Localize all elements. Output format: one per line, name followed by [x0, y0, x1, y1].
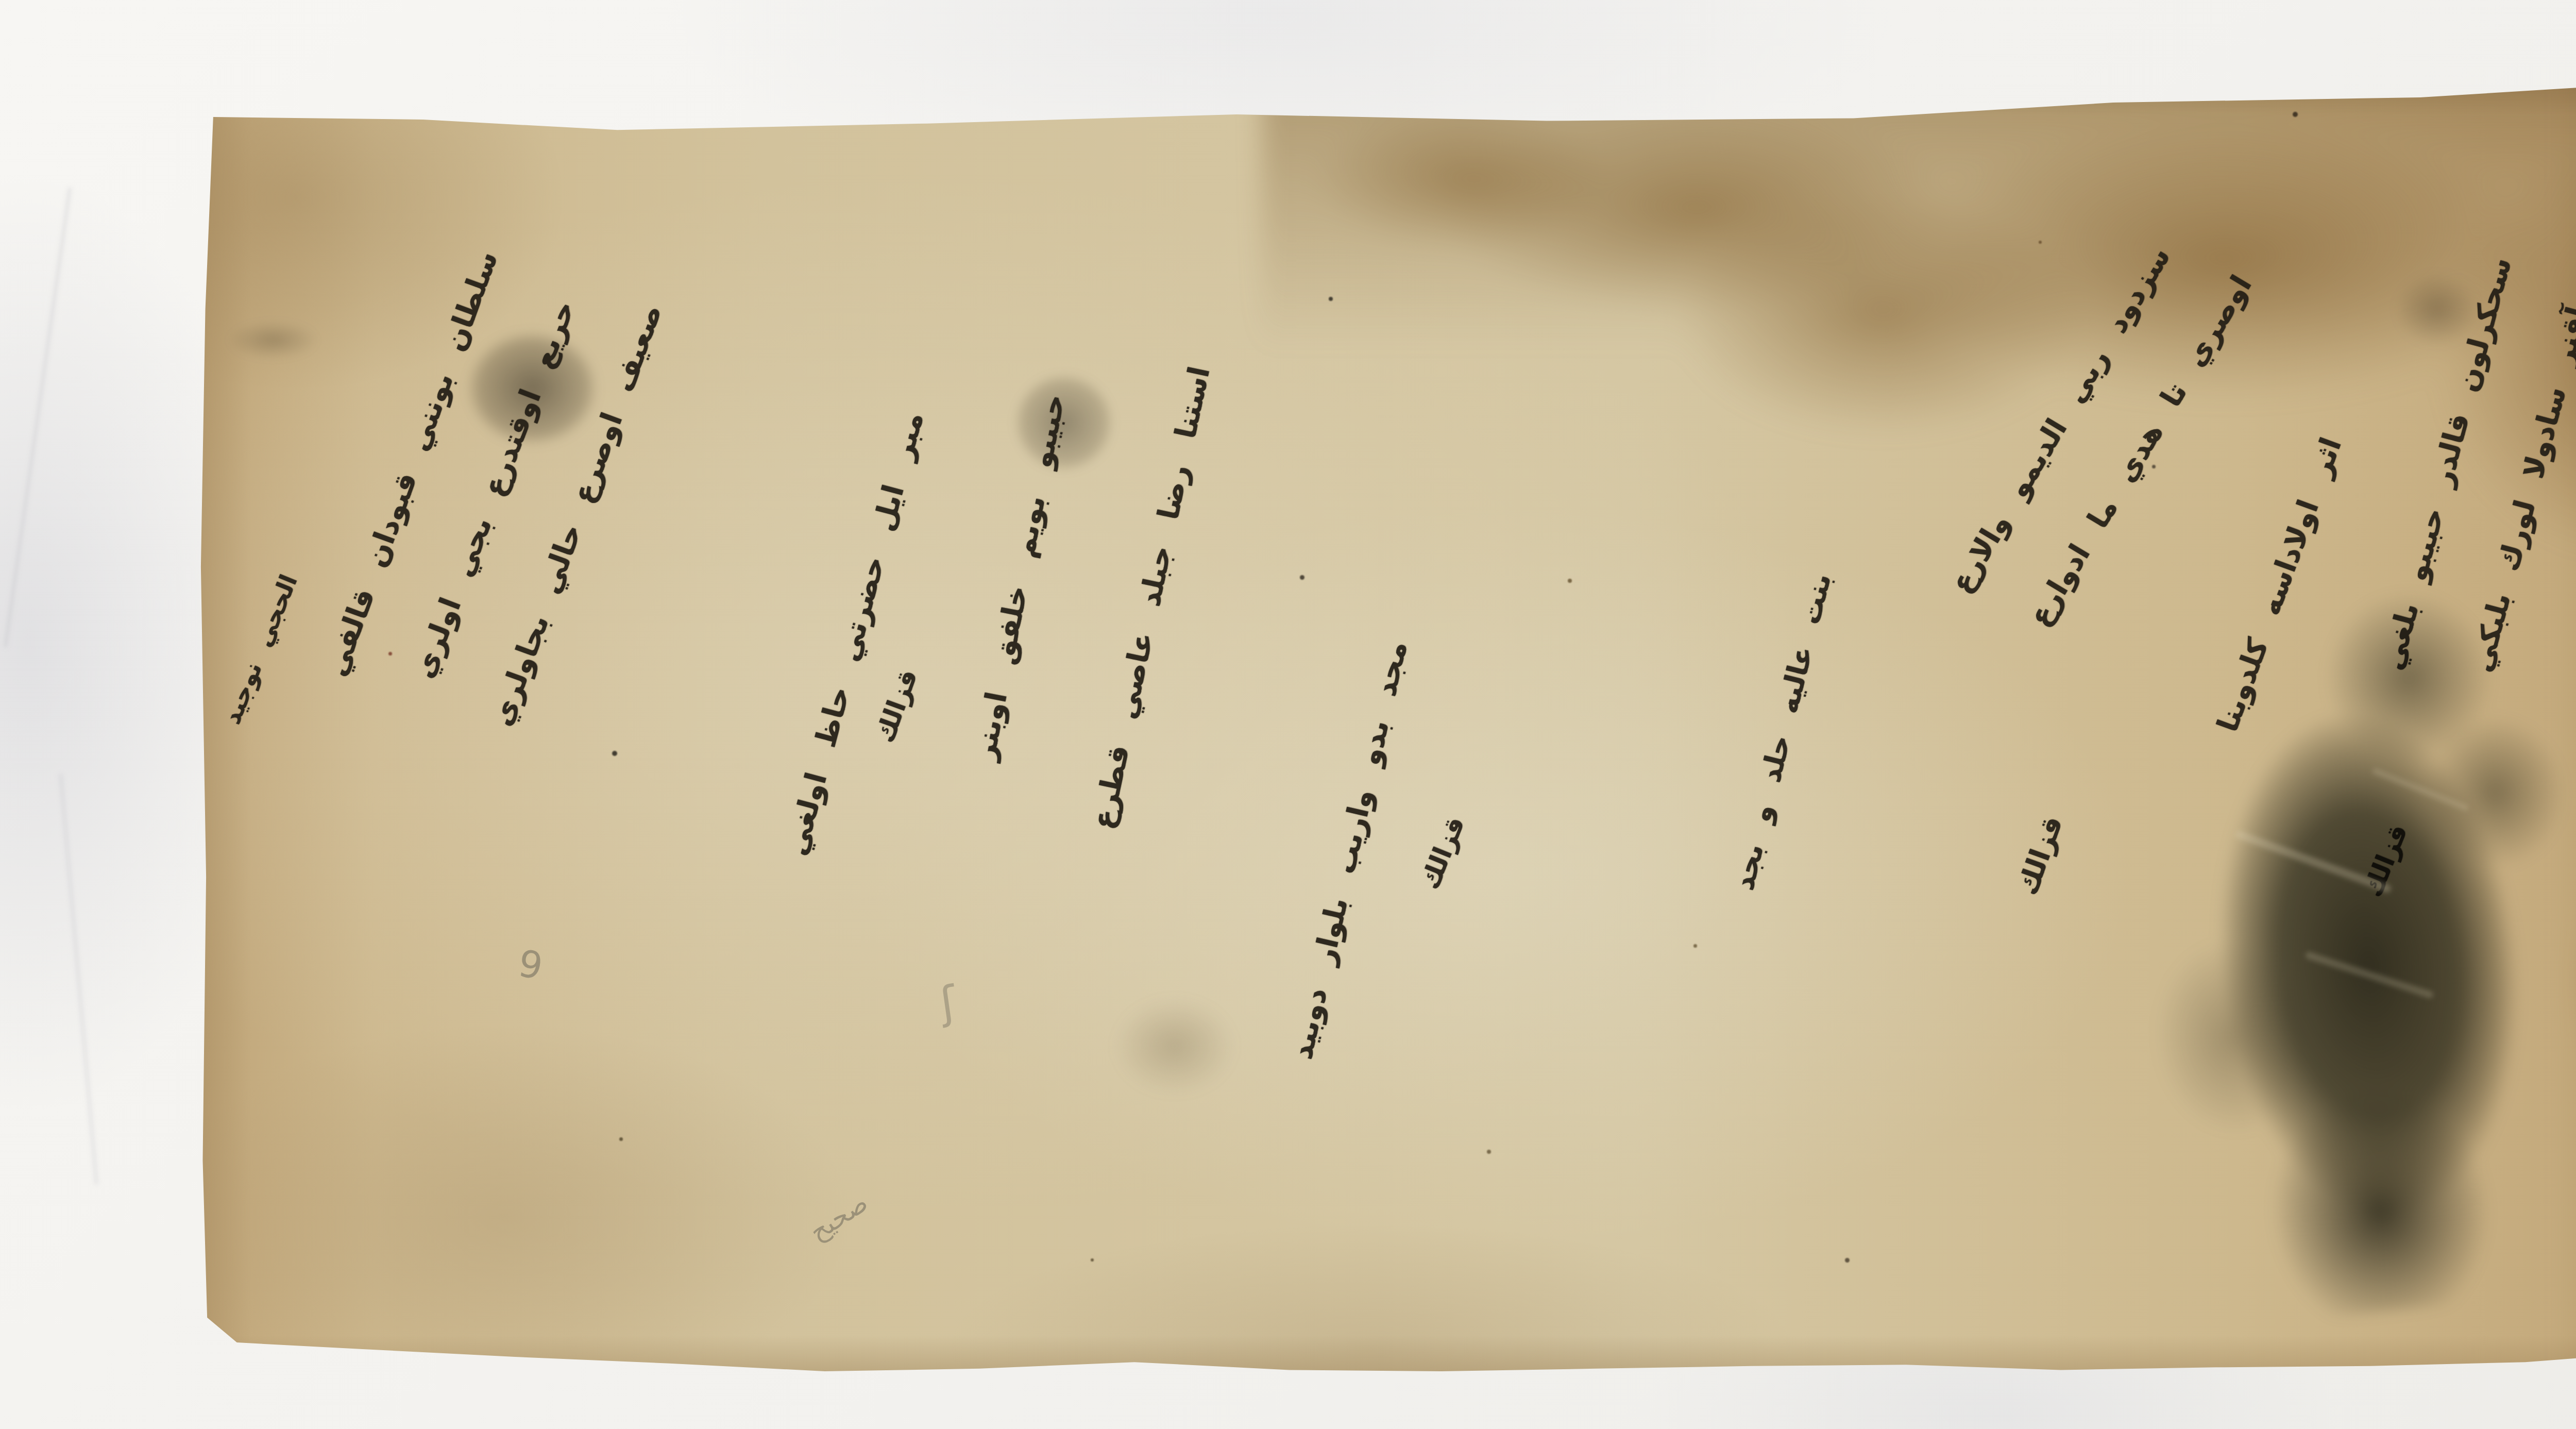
ink-smudge-left-block [433, 289, 649, 510]
faint-stain-bottom-middle [1077, 964, 1273, 1129]
soot-smudge-bottom-right [2113, 566, 2576, 1332]
ink-smudge-middle-block [981, 338, 1146, 508]
gray-smudge-upper-right [2370, 247, 2504, 371]
scanned-document: الحجي نوجيدسلطان بونني قبودان قالفيحريع … [0, 0, 2576, 1429]
gray-streak-left-edge [206, 309, 340, 371]
scanner-bed-crease [59, 774, 98, 1184]
scanner-bed-crease [4, 188, 71, 647]
